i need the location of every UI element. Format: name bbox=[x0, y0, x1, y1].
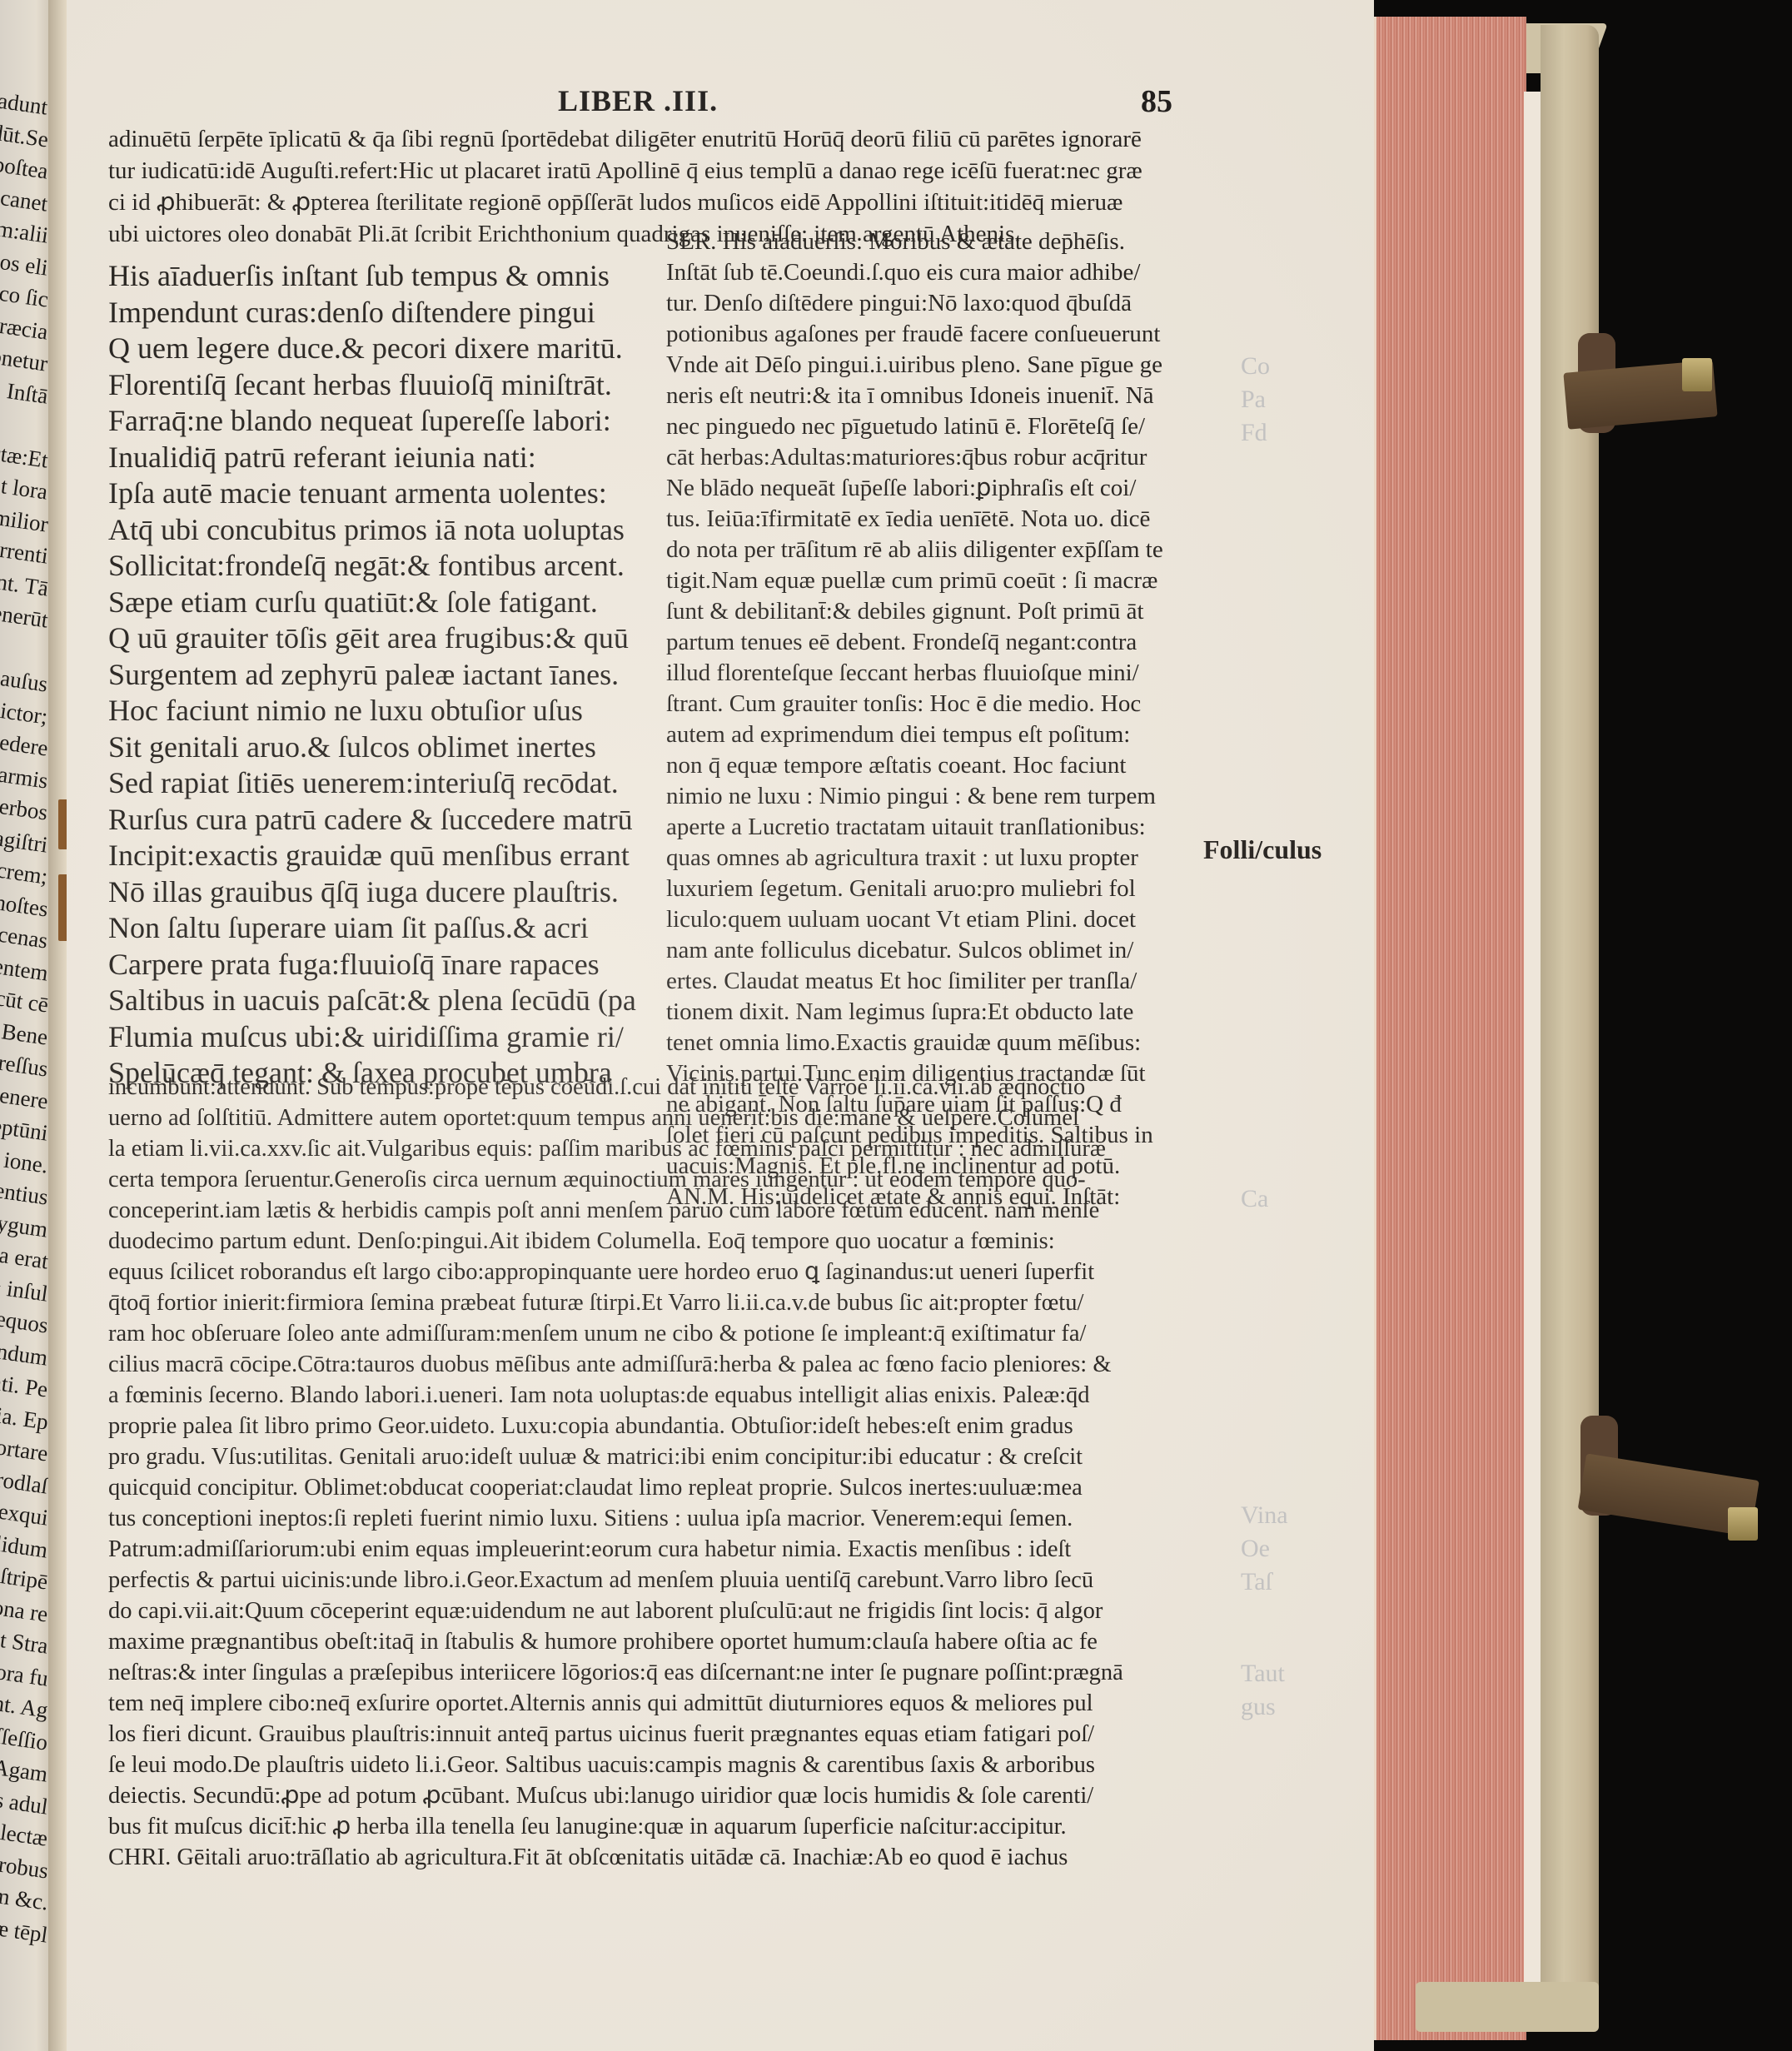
text-line: nec pinguedo nec pīguetudo latinū ē. Flo… bbox=[666, 411, 1274, 442]
text-line: luxuriem ſegetum. Genitali aruo:pro muli… bbox=[666, 874, 1274, 904]
text-line: perfectis & partui uicinis:unde libro.i.… bbox=[108, 1565, 1257, 1595]
text-line: Flumia muſcus ubi:& uiridiſſima gramie r… bbox=[108, 1019, 691, 1056]
text-line: tur. Denſo diſtēdere pingui:Nō laxo:quod… bbox=[666, 288, 1274, 319]
bleed-through-text: Oe bbox=[1241, 1532, 1270, 1566]
text-line: tus. Ieiūa:īfirmitatē ex īedia uenīētē. … bbox=[666, 504, 1274, 535]
text-line: cāt herbas:Adultas:maturiores:q̄bus robu… bbox=[666, 442, 1274, 473]
text-line: do nota per trāſitum rē ab aliis diligen… bbox=[666, 535, 1274, 565]
text-line: Sed rapiat ſitiēs uenerem:interiuſq̄ rec… bbox=[108, 765, 691, 802]
text-line: adinuētū ſerpēte īplicatū & q̄a ſibi reg… bbox=[108, 123, 1249, 155]
text-line: nam ante folliculus dicebatur. Sulcos ob… bbox=[666, 935, 1274, 966]
text-line: Surgentem ad zephyrū paleæ iactant īanes… bbox=[108, 657, 691, 694]
facing-page-text-fragment: uor auſus bbox=[0, 657, 50, 701]
facing-page-text-fragment: ores cadunt bbox=[0, 77, 50, 124]
text-line: potionibus agaſones per fraudē facere co… bbox=[666, 319, 1274, 350]
text-line: Atq̄ ubi concubitus primos iā nota uolup… bbox=[108, 512, 691, 549]
text-line: a fœminis ſecerno. Blando labori.i.uener… bbox=[108, 1380, 1257, 1411]
text-line: Nō illas grauibus q̄ſq̄ iuga ducere plau… bbox=[108, 874, 691, 911]
text-line: partum tenues eē debent. Frondeſq̄ negan… bbox=[666, 627, 1274, 658]
commentary-full-width: incumbunt:attendunt. Sub tempus:prope tē… bbox=[108, 1072, 1257, 1873]
text-line: quas omnes ab agricultura traxit : ut lu… bbox=[666, 843, 1274, 874]
text-line: Saltibus in uacuis paſcāt:& plena ſecūdū… bbox=[108, 983, 691, 1019]
text-line: tigit.Nam equæ puellæ cum primū coeūt : … bbox=[666, 565, 1274, 596]
facing-page-fragment: ores caduntes cadūt.Senec poſteanunq̄ ca… bbox=[0, 0, 52, 2051]
text-line: Non ſaltu ſuperare uiam ſit paſſus.& acr… bbox=[108, 910, 691, 947]
text-line: Q uū grauiter tōſis gēit area frugibus:&… bbox=[108, 620, 691, 657]
text-line: Folli/ bbox=[1203, 834, 1262, 864]
text-line: CHRI. Gēitali aruo:trāſlatio ab agricult… bbox=[108, 1842, 1257, 1873]
text-line: uerno ad ſolſtitiū. Admittere autem opor… bbox=[108, 1103, 1257, 1133]
text-line: tionem dixit. Nam legimus ſupra:Et obduc… bbox=[666, 997, 1274, 1028]
text-line: Vnde ait Dēſo pingui.i.uiribus pleno. Sa… bbox=[666, 350, 1274, 381]
text-line: ram hoc obſeruare ſoleo ante admiſſuram:… bbox=[108, 1318, 1257, 1349]
text-line: neſtras:& inter ſingulas a præſepibus in… bbox=[108, 1657, 1257, 1688]
text-line: Sit genitali aruo.& ſulcos oblimet inert… bbox=[108, 729, 691, 766]
text-line: equus ſcilicet roborandus eſt largo cibo… bbox=[108, 1257, 1257, 1287]
text-line: incumbunt:attendunt. Sub tempus:prope tē… bbox=[108, 1072, 1257, 1103]
text-line: SER. His aīaduerſis: Moribus & ætate dep… bbox=[666, 227, 1274, 257]
text-line: tenet omnia limo.Exactis grauidæ quum mē… bbox=[666, 1028, 1274, 1058]
bleed-through-text: Taut bbox=[1241, 1657, 1285, 1690]
text-line: Sollicitat:frondeſq̄ negāt:& fontibus ar… bbox=[108, 548, 691, 585]
text-line: aperte a Lucretio tractatam uitauit tran… bbox=[666, 812, 1274, 843]
bleed-through-text: Co bbox=[1241, 350, 1270, 383]
marginal-note: Folli/culus bbox=[1203, 833, 1322, 866]
text-line: ſtrant. Cum grauiter tonſis: Hoc ē die m… bbox=[666, 689, 1274, 719]
text-line: certa tempora ſeruentur.Generoſis circa … bbox=[108, 1164, 1257, 1195]
text-line: duodecimo partum edunt. Denſo:pingui.Ait… bbox=[108, 1226, 1257, 1257]
commentary-right-column: SER. His aīaduerſis: Moribus & ætate dep… bbox=[666, 227, 1274, 1212]
brass-catch-top bbox=[1682, 358, 1712, 391]
text-line: Inſtāt ſub tē.Coeundi.ſ.quo eis cura mai… bbox=[666, 257, 1274, 288]
text-line: Sæpe etiam curſu quatiūt:& ſole fatigant… bbox=[108, 585, 691, 621]
vellum-binding-bottom bbox=[1416, 1982, 1599, 2032]
text-line: ertes. Claudat meatus Et hoc ſimiliter p… bbox=[666, 966, 1274, 997]
text-line: non q̄ equæ tempore æſtatis coeant. Hoc … bbox=[666, 750, 1274, 781]
text-line: cilius macrā cōcipe.Cōtra:tauros duobus … bbox=[108, 1349, 1257, 1380]
text-line: autem ad exprimendum diei tempus eſt poſ… bbox=[666, 719, 1274, 750]
text-line: q̄toq̄ fortior inierit:firmiora ſemina p… bbox=[108, 1287, 1257, 1318]
text-line: Impendunt curas:denſo diſtendere pingui bbox=[108, 295, 691, 331]
bleed-through-text: gus bbox=[1241, 1690, 1276, 1724]
endpaper-edge bbox=[1524, 92, 1542, 2007]
page-number: 85 bbox=[1141, 83, 1172, 120]
text-line: Carpere prata fuga:fluuioſq̄ īnare rapac… bbox=[108, 947, 691, 983]
text-line: bus fit muſcus dicit̄:hic ꝓ herba illa t… bbox=[108, 1811, 1257, 1842]
text-line: Patrum:admiſſariorum:ubi enim equas impl… bbox=[108, 1534, 1257, 1565]
text-line: illud florenteſque ſeccant herbas fluuio… bbox=[666, 658, 1274, 689]
text-line: Florentiſq̄ ſecant herbas fluuioſq̄ mini… bbox=[108, 367, 691, 404]
bleed-through-text: Vina bbox=[1241, 1499, 1288, 1532]
text-line: proprie palea ſit libro primo Geor.uidet… bbox=[108, 1411, 1257, 1441]
text-line: neris eſt neutri:& ita ī omnibus Idoneis… bbox=[666, 381, 1274, 411]
text-line: Hoc faciunt nimio ne luxu obtuſior uſus bbox=[108, 693, 691, 729]
text-line: ſe leui modo.De plauſtris uideto li.i.Ge… bbox=[108, 1750, 1257, 1780]
red-fore-edge bbox=[1374, 17, 1526, 2040]
text-line: ſunt & debilitant̄:& debiles gignunt. Po… bbox=[666, 596, 1274, 627]
text-line: Inualidiq̄ patrū referant ieiunia nati: bbox=[108, 440, 691, 476]
facing-page-text-fragment: s arrectæ:Et bbox=[0, 430, 50, 476]
text-line: quicquid concipitur. Oblimet:obducat coo… bbox=[108, 1472, 1257, 1503]
text-line: Incipit:exactis grauidæ quū menſibus err… bbox=[108, 838, 691, 874]
text-line: His aīaduerſis inſtant ſub tempus & omni… bbox=[108, 258, 691, 295]
text-line: nimio ne luxu : Nimio pingui : & bene re… bbox=[666, 781, 1274, 812]
text-line: do capi.vii.ait:Quum cōceperint equæ:uid… bbox=[108, 1595, 1257, 1626]
text-line: Rurſus cura patrū cadere & ſuccedere mat… bbox=[108, 802, 691, 839]
bleed-through-text: Taſ bbox=[1241, 1566, 1272, 1599]
text-line: la etiam li.vii.ca.xxv.ſic ait.Vulgaribu… bbox=[108, 1133, 1257, 1164]
text-line: Q uem legere duce.& pecori dixere maritū… bbox=[108, 331, 691, 367]
text-line: Ipſa autē macie tenuant armenta uolentes… bbox=[108, 475, 691, 512]
brass-catch-bottom bbox=[1728, 1507, 1758, 1541]
text-line: ci id ꝓhibuerāt: & ꝓpterea ſterilitate r… bbox=[108, 187, 1249, 218]
text-line: deiectis. Secundū:ꝓpe ad potum ꝓcūbant. … bbox=[108, 1780, 1257, 1811]
text-line: Farraq̄:ne blando nequeat ſupereſſe labo… bbox=[108, 403, 691, 440]
text-line: tur iudicatū:idē Auguſti.refert:Hic ut p… bbox=[108, 155, 1249, 187]
text-line: liculo:quem uuluam uocant Vt etiam Plini… bbox=[666, 904, 1274, 935]
recto-page: LIBER .III. 85 adinuētū ſerpēte īplicatū… bbox=[67, 0, 1374, 2051]
vellum-binding-spine bbox=[1541, 25, 1599, 2024]
bleed-through-text: Fd bbox=[1241, 416, 1267, 450]
text-line: culus bbox=[1262, 834, 1322, 864]
text-line: pro gradu. Vſus:utilitas. Genitali aruo:… bbox=[108, 1441, 1257, 1472]
text-line: maxime prægnantibus obeſt:itaq̄ in ſtabu… bbox=[108, 1626, 1257, 1657]
text-line: los fieri dicunt. Grauibus plauſtris:inn… bbox=[108, 1719, 1257, 1750]
running-head: LIBER .III. bbox=[558, 83, 718, 118]
text-line: Ne blādo nequeāt ſup̄eſſe labori:ꝑiphraſ… bbox=[666, 473, 1274, 504]
text-line: tem neq̄ implere cibo:neq̄ exſurire opor… bbox=[108, 1688, 1257, 1719]
text-line: tus conceptioni ineptos:ſi repleti fueri… bbox=[108, 1503, 1257, 1534]
bleed-through-text: Ca bbox=[1241, 1182, 1268, 1216]
text-line: conceperint.iam lætis & herbidis campis … bbox=[108, 1195, 1257, 1226]
bleed-through-text: Pa bbox=[1241, 383, 1266, 416]
verse-text: His aīaduerſis inſtant ſub tempus & omni… bbox=[108, 258, 691, 1092]
